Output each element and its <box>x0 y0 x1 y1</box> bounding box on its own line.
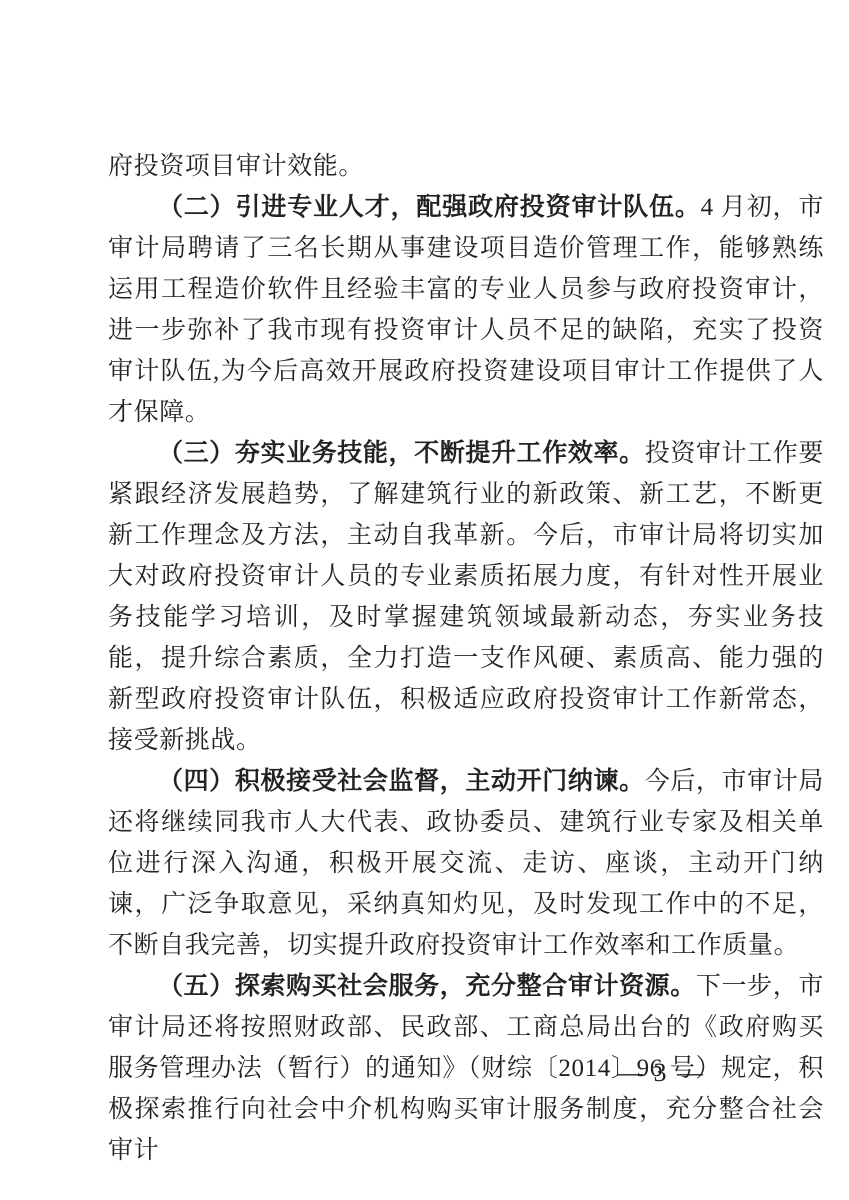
paragraph-item-2: （二）引进专业人才，配强政府投资审计队伍。4 月初，市审计局聘请了三名长期从事建… <box>108 187 824 433</box>
paragraph-text: 4 月初，市审计局聘请了三名长期从事建设项目造价管理工作，能够熟练运用工程造价软… <box>108 194 824 426</box>
document-body: 府投资项目审计效能。 （二）引进专业人才，配强政府投资审计队伍。4 月初，市审计… <box>108 146 824 1171</box>
document-page: 府投资项目审计效能。 （二）引进专业人才，配强政府投资审计队伍。4 月初，市审计… <box>0 0 849 1200</box>
paragraph-lead: （三）夯实业务技能，不断提升工作效率。 <box>158 440 645 467</box>
paragraph-continuation: 府投资项目审计效能。 <box>108 146 824 187</box>
paragraph-text: 府投资项目审计效能。 <box>108 153 364 180</box>
paragraph-lead: （二）引进专业人才，配强政府投资审计队伍。 <box>158 194 701 221</box>
paragraph-lead: （四）积极接受社会监督，主动开门纳谏。 <box>158 768 645 795</box>
page-number: — 3 — <box>617 1058 705 1088</box>
paragraph-item-3: （三）夯实业务技能，不断提升工作效率。投资审计工作要紧跟经济发展趋势，了解建筑行… <box>108 433 824 761</box>
paragraph-lead: （五）探索购买社会服务，充分整合审计资源。 <box>158 973 696 1000</box>
paragraph-text: 下一步，市审计局还将按照财政部、民政部、工商总局出台的《政府购买服务管理办法（暂… <box>108 973 824 1164</box>
paragraph-item-4: （四）积极接受社会监督，主动开门纳谏。今后，市审计局还将继续同我市人大代表、政协… <box>108 761 824 966</box>
paragraph-text: 投资审计工作要紧跟经济发展趋势，了解建筑行业的新政策、新工艺，不断更新工作理念及… <box>108 440 824 754</box>
paragraph-item-5: （五）探索购买社会服务，充分整合审计资源。下一步，市审计局还将按照财政部、民政部… <box>108 966 824 1171</box>
paragraph-text: 今后，市审计局还将继续同我市人大代表、政协委员、建筑行业专家及相关单位进行深入沟… <box>108 768 824 959</box>
